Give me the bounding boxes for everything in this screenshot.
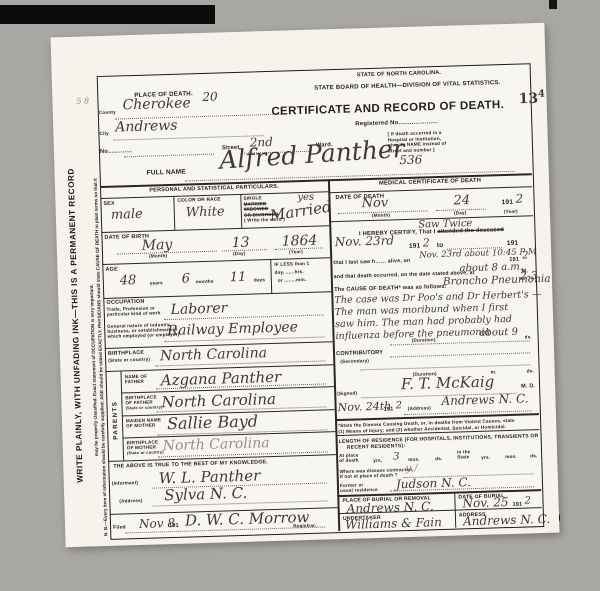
hospital-note: [ If death occurred in a Hospital or Ins… xyxy=(387,128,508,154)
date-of-death-day: 24 xyxy=(453,193,470,208)
physician-signature: F. T. McKaig xyxy=(401,372,495,393)
last-saw-year-hw: 2 xyxy=(522,250,529,261)
at-place-mos-label: mos. xyxy=(408,457,420,463)
birthplace-label: BIRTHPLACE xyxy=(108,350,144,357)
scanned-death-certificate: WRITE PLAINLY, WITH UNFADING INK—THIS IS… xyxy=(0,0,600,591)
in-state-yrs-label: yrs. xyxy=(481,455,490,461)
in-state-mos-label: mos. xyxy=(505,454,517,460)
contracted-mark: y / xyxy=(405,463,418,474)
dod-month-sublabel: (Month) xyxy=(372,212,390,218)
undertaker-address-value: Andrews N. C. xyxy=(463,512,550,529)
dod-year-sublabel: (Year) xyxy=(504,209,518,215)
age-label: AGE xyxy=(105,267,118,273)
certify-to-label: to xyxy=(437,242,444,249)
in-state-ds-label: ds. xyxy=(530,453,537,459)
scan-black-tick-topright xyxy=(549,0,557,9)
county-extra: 20 xyxy=(202,90,218,104)
if-less-label-2: day, ......hrs. xyxy=(275,269,304,275)
contrib-ds-label: ds. xyxy=(527,368,534,374)
cert-number-sup: 4 xyxy=(538,89,545,100)
filed-label: Filed xyxy=(113,524,126,530)
cert-number: 134 xyxy=(518,89,545,107)
father-name-label-2: FATHER xyxy=(125,379,144,385)
city-value: Andrews xyxy=(115,118,178,136)
if-less-label-3: or ........min. xyxy=(278,277,307,283)
md-label: M. D. xyxy=(521,383,535,389)
occupation-label: OCCUPATION xyxy=(106,299,144,306)
at-place-ds-label: ds. xyxy=(435,456,442,462)
undertaker-value: Williams & Fain xyxy=(345,515,442,532)
years-label: years xyxy=(150,280,163,286)
margin-note-bold: WRITE PLAINLY, WITH UNFADING INK—THIS IS… xyxy=(66,168,84,483)
age-months-value: 6 xyxy=(182,271,191,286)
full-name-label: FULL NAME xyxy=(147,168,186,176)
mother-name-label-2: OF MOTHER xyxy=(126,422,156,428)
dod-day-sublabel: (Day) xyxy=(454,210,467,216)
certify-from-year: 191 xyxy=(409,243,421,250)
city-label: City xyxy=(99,131,109,137)
contributory-sublabel: (Secondary) xyxy=(340,358,369,364)
trade-value: Laborer xyxy=(170,300,227,318)
burial-place-value: Andrews N. C. xyxy=(346,499,433,516)
informant-label: (Informant) xyxy=(112,480,139,486)
signed-year-hw: 2 xyxy=(395,400,402,411)
color-race-value: White xyxy=(186,204,225,220)
signed-address-label: (Address) xyxy=(408,405,431,411)
burial-date-year-hw: 2 xyxy=(524,495,531,506)
certify-from-date: Nov. 23rd xyxy=(335,233,395,249)
at-place-label-2: of death xyxy=(339,457,359,463)
former-residence-label-2: usual residence xyxy=(340,487,378,494)
age-days-value: 11 xyxy=(230,270,247,285)
if-less-label-1: IF LESS than 1 xyxy=(274,261,309,268)
cert-number-main: 13 xyxy=(518,91,538,108)
house-number: 536 xyxy=(399,152,422,167)
certificate-page: WRITE PLAINLY, WITH UNFADING INK—THIS IS… xyxy=(51,23,560,547)
certify-to-year: 191 xyxy=(507,240,519,247)
day-sublabel: (Day) xyxy=(233,251,246,257)
cause-margin-note: 2-3 xyxy=(520,269,538,283)
certify-from-year-hw: 2 xyxy=(423,236,430,249)
age-years-value: 48 xyxy=(120,273,137,288)
sex-label: SEX xyxy=(103,201,114,207)
year-sublabel: (Year) xyxy=(289,249,303,255)
at-place-mos-value: 3 xyxy=(393,451,400,462)
sex-value: male xyxy=(111,207,143,223)
county-label: County xyxy=(99,110,116,116)
signed-address-value: Andrews N. C. xyxy=(441,391,528,408)
county-value: Cherokee xyxy=(122,95,191,113)
no-label: No............. xyxy=(100,148,132,155)
scan-black-bar-top xyxy=(0,5,215,24)
month-sublabel: (Month) xyxy=(149,253,167,259)
date-of-death-year-hw: 2 xyxy=(515,191,523,205)
burial-date-year-print: 191 xyxy=(513,502,523,508)
signed-year-print: 191 xyxy=(384,406,394,412)
duration-value: about 9 xyxy=(479,327,518,339)
pencil-note: 5 8 xyxy=(76,96,89,105)
date-of-death-month: Nov xyxy=(361,196,388,212)
signed-label: (Signed) xyxy=(337,390,357,396)
mother-birthplace-value: North Carolina xyxy=(162,435,269,454)
date-of-death-year-print: 191 xyxy=(502,199,514,206)
informant-address-label: (Address) xyxy=(119,498,142,504)
in-state-label-2: State xyxy=(457,454,469,460)
death-time-value: about 8 a.m. xyxy=(459,262,523,275)
days-label: days xyxy=(254,277,265,283)
at-place-yrs-label: yrs. xyxy=(373,458,382,464)
burial-date-value: Nov. 25 xyxy=(462,495,508,510)
filed-year-print: 191 xyxy=(169,523,179,529)
months-label: months xyxy=(196,279,214,285)
parents-label: PARENTS xyxy=(111,401,119,440)
